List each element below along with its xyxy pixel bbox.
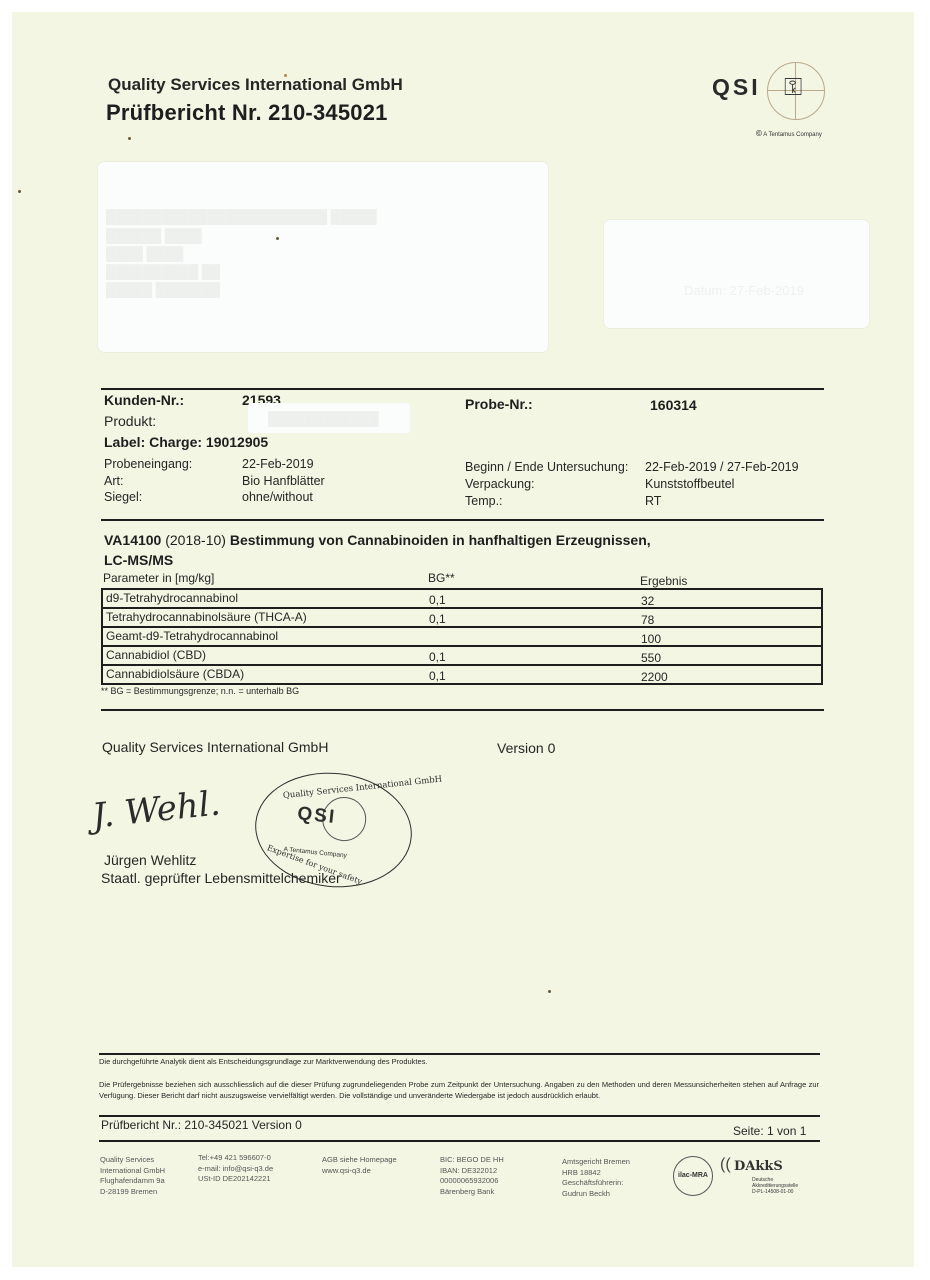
packaging-label: Verpackung: [465, 477, 535, 491]
stamp-logo: QSI [296, 803, 337, 829]
signer-title: Staatl. geprüfter Lebensmittelchemiker [101, 870, 341, 886]
col-header-parameter: Parameter in [mg/kg] [103, 571, 214, 585]
temperature-value: RT [645, 494, 661, 508]
receipt-date: 22-Feb-2019 [242, 457, 314, 471]
receipt-date-label: Probeneingang: [104, 457, 192, 471]
redacted-line: ██████████ ██ [106, 264, 220, 279]
legal-notice-2: Die Prüfergebnisse beziehen sich ausschl… [99, 1079, 819, 1101]
temperature-label: Temp.: [465, 494, 503, 508]
version-label: Version 0 [497, 740, 555, 756]
redacted-date: Datum: 27-Feb-2019 [684, 283, 804, 298]
table-row: Geamt-d9-Tetrahydrocannabinol100 [101, 626, 823, 645]
divider [101, 709, 824, 711]
footer-address: Quality Services International GmbH Flug… [100, 1155, 165, 1197]
seal-value: ohne/without [242, 490, 313, 504]
type-value: Bio Hanfblätter [242, 474, 325, 488]
footer-registry: Amtsgericht Bremen HRB 18842 Geschäftsfü… [562, 1157, 630, 1199]
scan-speck [276, 237, 279, 240]
scan-speck [548, 990, 551, 993]
method-technique: LC-MS/MS [104, 552, 173, 568]
dakks-mark-icon: (( [720, 1156, 731, 1174]
legal-notice-1: Die durchgeführte Analytik dient als Ent… [99, 1057, 428, 1066]
sample-number-label: Probe-Nr.: [465, 396, 533, 412]
key-icon: ⚿ [784, 74, 802, 102]
sample-number: 160314 [650, 397, 697, 413]
product-label: Produkt: [104, 413, 156, 429]
signing-company: Quality Services International GmbH [102, 739, 328, 755]
seal-label: Siegel: [104, 490, 142, 504]
redacted-date-block: Datum: 27-Feb-2019 [604, 220, 869, 328]
scan-speck [128, 137, 131, 140]
table-row: Cannabidiolsäure (CBDA)0,12200 [101, 664, 823, 685]
method-title: VA14100 (2018-10) Bestimmung von Cannabi… [104, 532, 651, 548]
redacted-product: ████████████ [248, 403, 410, 433]
footer-web: AGB siehe Homepage www.qsi-q3.de [322, 1155, 397, 1176]
redacted-line: ████████████████████████ █████ [106, 209, 377, 224]
divider [99, 1115, 820, 1117]
test-period-label: Beginn / Ende Untersuchung: [465, 460, 628, 474]
company-name: Quality Services International GmbH [108, 75, 403, 95]
signer-name: Jürgen Wehlitz [104, 852, 196, 868]
scan-speck [18, 190, 21, 193]
packaging-value: Kunststoffbeutel [645, 477, 734, 491]
col-header-bg: BG** [428, 571, 455, 585]
batch-label: Label: Charge: 19012905 [104, 434, 268, 450]
divider [99, 1053, 820, 1055]
test-period: 22-Feb-2019 / 27-Feb-2019 [645, 460, 799, 474]
page-number: Seite: 1 von 1 [733, 1124, 806, 1138]
redacted-address-block: ████████████████████████ █████ ██████ ██… [98, 162, 548, 352]
report-title: Prüfbericht Nr. 210-345021 [106, 100, 388, 126]
scan-speck [284, 74, 287, 77]
table-row: d9-Tetrahydrocannabinol0,132 [101, 588, 823, 607]
logo-text: QSI [712, 74, 761, 101]
type-label: Art: [104, 474, 123, 488]
redacted-line: ██████ ████ [106, 228, 202, 243]
batch-number: 19012905 [206, 434, 268, 450]
results-table: d9-Tetrahydrocannabinol0,132 Tetrahydroc… [101, 588, 823, 685]
redacted-line: ████ ████ [106, 246, 183, 261]
report-reference: Prüfbericht Nr.: 210-345021 Version 0 [101, 1118, 302, 1132]
divider [99, 1140, 820, 1142]
customer-number-label: Kunden-Nr.: [104, 392, 184, 408]
tentamus-icon: © [756, 129, 762, 138]
divider [101, 519, 824, 521]
table-footnote: ** BG = Bestimmungsgrenze; n.n. = unterh… [101, 686, 299, 696]
ilac-mra-badge-icon: ilac-MRA [673, 1156, 713, 1196]
divider [101, 388, 824, 390]
qsi-logo: ⚿ QSI © A Tentamus Company [712, 62, 842, 142]
footer-bank: BIC: BEGO DE HH IBAN: DE322012 000000659… [440, 1155, 504, 1197]
table-row: Tetrahydrocannabinolsäure (THCA-A)0,178 [101, 607, 823, 626]
col-header-result: Ergebnis [640, 574, 687, 588]
table-row: Cannabidiol (CBD)0,1550 [101, 645, 823, 664]
redacted-line: █████ ███████ [106, 282, 220, 297]
logo-tagline: © A Tentamus Company [756, 129, 822, 138]
footer-contact: Tel:+49 421 596607-0 e-mail: info@qsi-q3… [198, 1153, 273, 1185]
